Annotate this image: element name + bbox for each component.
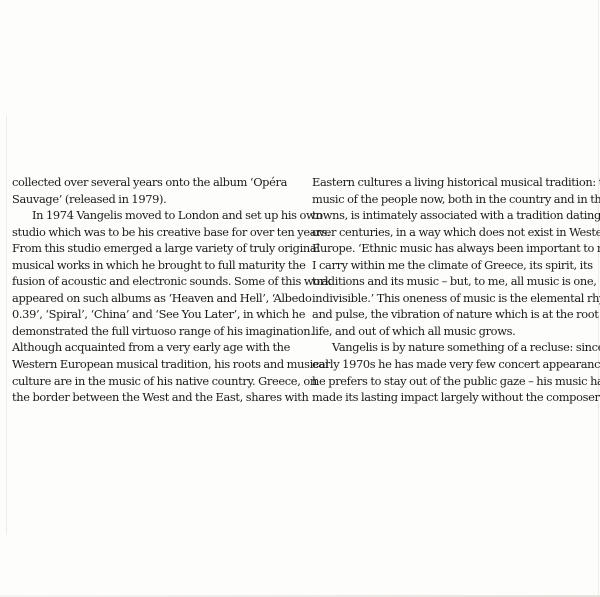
text-line: traditions and its music – but, to me, a… <box>312 273 600 290</box>
text-line: Eastern cultures a living historical mus… <box>312 174 600 191</box>
paragraph-start-line: In 1974 Vangelis moved to London and set… <box>12 207 302 224</box>
paragraph-start-line: Vangelis is by nature something of a rec… <box>312 339 600 356</box>
text-line: 0.39’, ‘Spiral’, ‘China’ and ‘See You La… <box>12 306 302 323</box>
text-line: music of the people now, both in the cou… <box>312 191 600 208</box>
text-line: I carry within me the climate of Greece,… <box>312 257 600 274</box>
text-line: Although acquainted from a very early ag… <box>12 339 302 356</box>
text-line: From this studio emerged a large variety… <box>12 240 302 257</box>
text-line: life, and out of which all music grows. <box>312 323 600 340</box>
booklet-page: collected over several years onto the al… <box>0 0 600 597</box>
text-line: the border between the West and the East… <box>12 389 302 406</box>
text-line: Western European musical tradition, his … <box>12 356 302 373</box>
text-line: appeared on such albums as ‘Heaven and H… <box>12 290 302 307</box>
text-column-right: Eastern cultures a living historical mus… <box>312 174 600 406</box>
text-line: and pulse, the vibration of nature which… <box>312 306 600 323</box>
text-line: he prefers to stay out of the public gaz… <box>312 373 600 390</box>
page-edge-left <box>6 115 7 535</box>
text-line: Europe. ‘Ethnic music has always been im… <box>312 240 600 257</box>
text-line: over centuries, in a way which does not … <box>312 224 600 241</box>
text-line: indivisible.’ This oneness of music is t… <box>312 290 600 307</box>
text-line: towns, is intimately associated with a t… <box>312 207 600 224</box>
text-line: musical works in which he brought to ful… <box>12 257 302 274</box>
text-line: fusion of acoustic and electronic sounds… <box>12 273 302 290</box>
text-line: made its lasting impact largely without … <box>312 389 600 406</box>
text-line: Sauvage’ (released in 1979). <box>12 191 302 208</box>
text-line: early 1970s he has made very few concert… <box>312 356 600 373</box>
text-line: studio which was to be his creative base… <box>12 224 302 241</box>
text-line: collected over several years onto the al… <box>12 174 302 191</box>
text-line: culture are in the music of his native c… <box>12 373 302 390</box>
text-line: demonstrated the full virtuoso range of … <box>12 323 302 340</box>
text-column-left: collected over several years onto the al… <box>12 174 302 406</box>
